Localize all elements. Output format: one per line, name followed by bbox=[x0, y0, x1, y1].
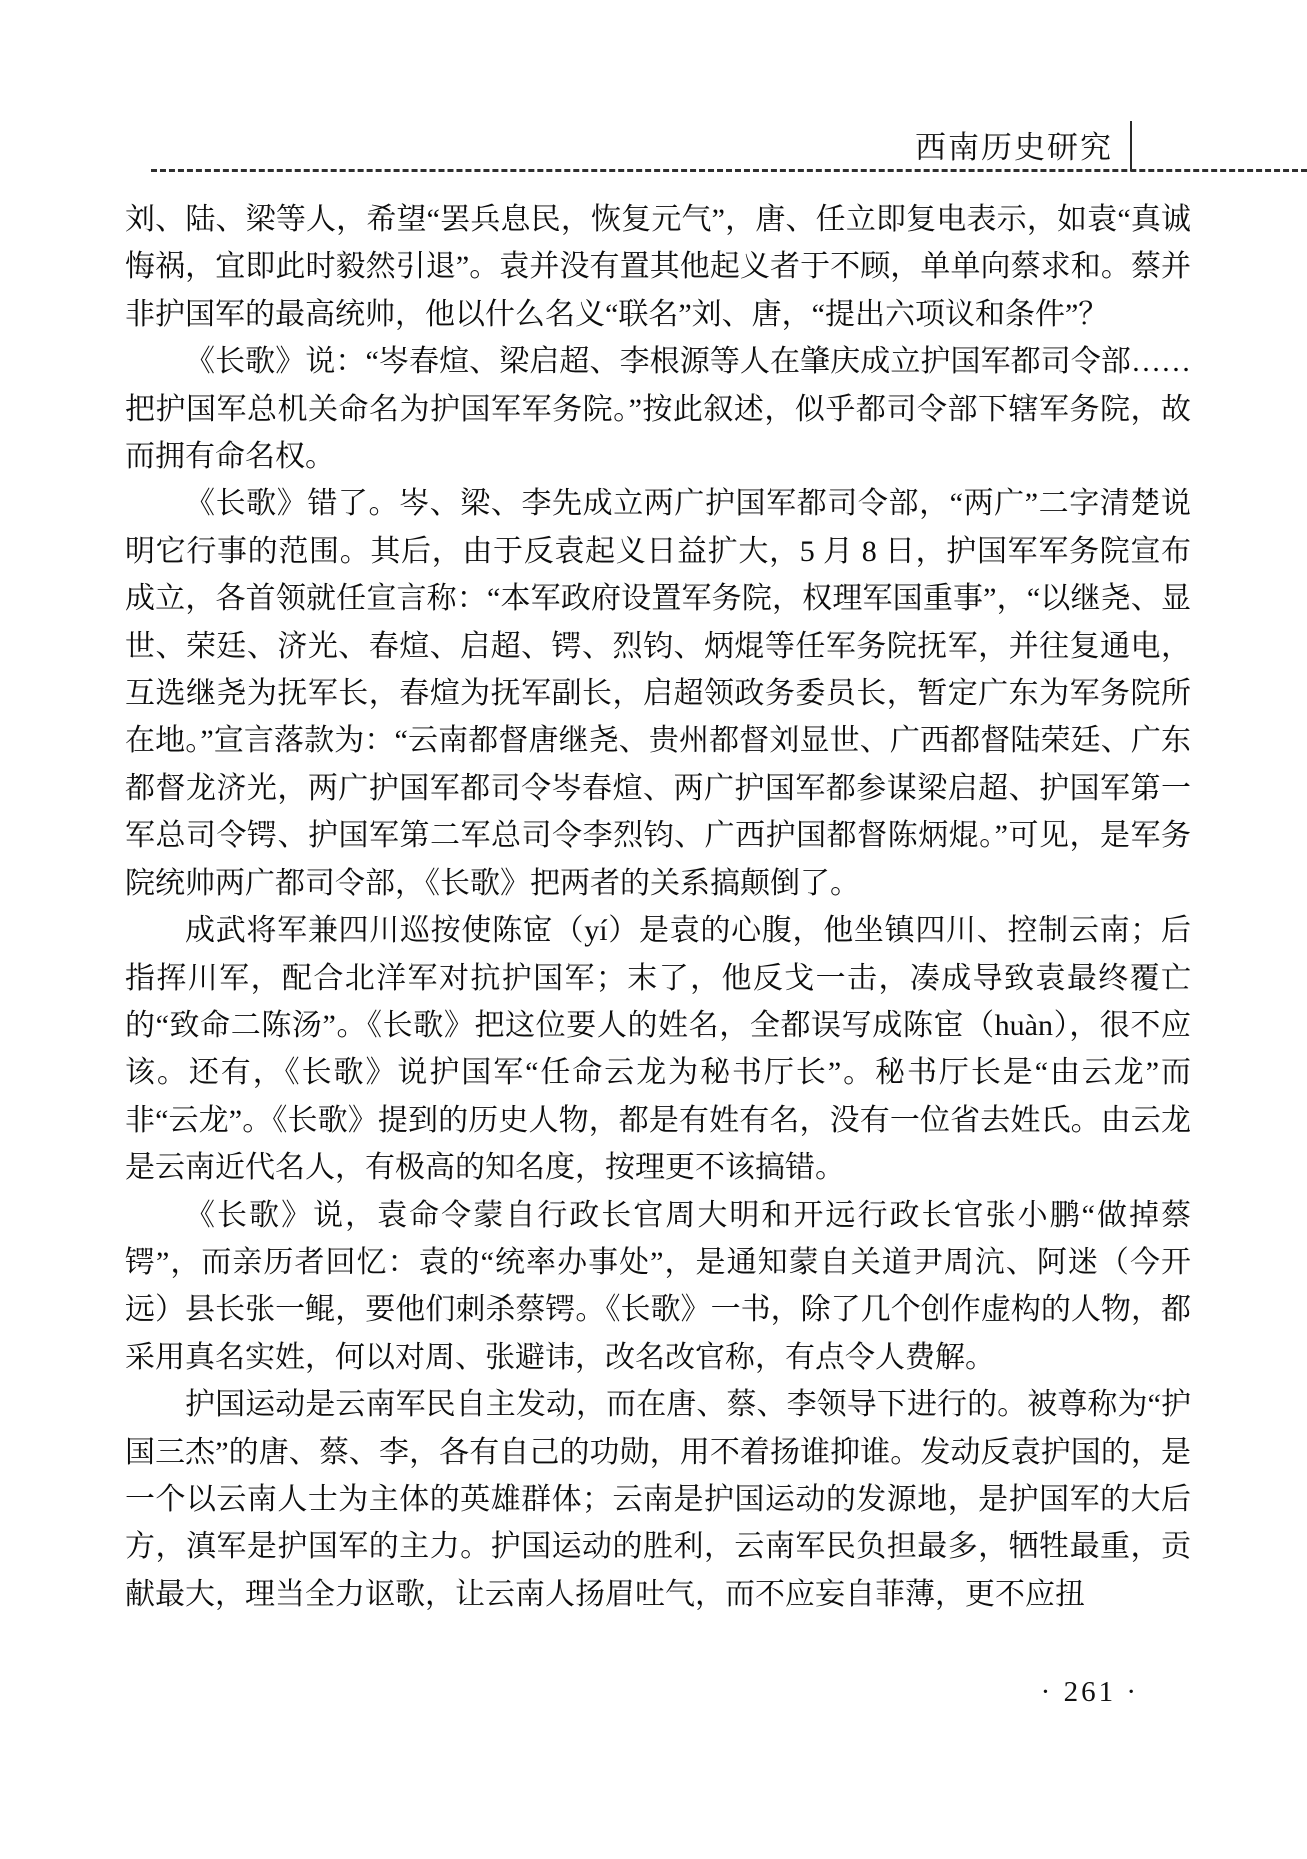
paragraph: 《长歌》说：“岑春煊、梁启超、李根源等人在肇庆成立护国军都司令部……把护国军总机… bbox=[125, 338, 1191, 480]
page-header: 西南历史研究 bbox=[0, 0, 1307, 175]
paragraph: 护国运动是云南军民自主发动，而在唐、蔡、李领导下进行的。被尊称为“护国三杰”的唐… bbox=[125, 1381, 1191, 1618]
paragraph: 《长歌》说，袁命令蒙自行政长官周大明和开远行政长官张小鹏“做掉蔡锷”，而亲历者回… bbox=[125, 1192, 1191, 1382]
paragraph: 刘、陆、梁等人，希望“罢兵息民，恢复元气”，唐、任立即复电表示，如袁“真诚悔祸，… bbox=[125, 196, 1191, 338]
page-container: 西南历史研究 刘、陆、梁等人，希望“罢兵息民，恢复元气”，唐、任立即复电表示，如… bbox=[0, 0, 1307, 1859]
paragraph: 成武将军兼四川巡按使陈宧（yí）是袁的心腹，他坐镇四川、控制云南；后指挥川军，配… bbox=[125, 907, 1191, 1191]
body-text: 刘、陆、梁等人，希望“罢兵息民，恢复元气”，唐、任立即复电表示，如袁“真诚悔祸，… bbox=[125, 196, 1191, 1618]
page-number: · 261 · bbox=[1041, 1676, 1139, 1709]
paragraph: 《长歌》错了。岑、梁、李先成立两广护国军都司令部，“两广”二字清楚说明它行事的范… bbox=[125, 480, 1191, 907]
header-dashed-rule bbox=[151, 169, 1307, 172]
header-divider-vertical bbox=[1130, 121, 1132, 171]
running-head-title: 西南历史研究 bbox=[915, 122, 1113, 167]
